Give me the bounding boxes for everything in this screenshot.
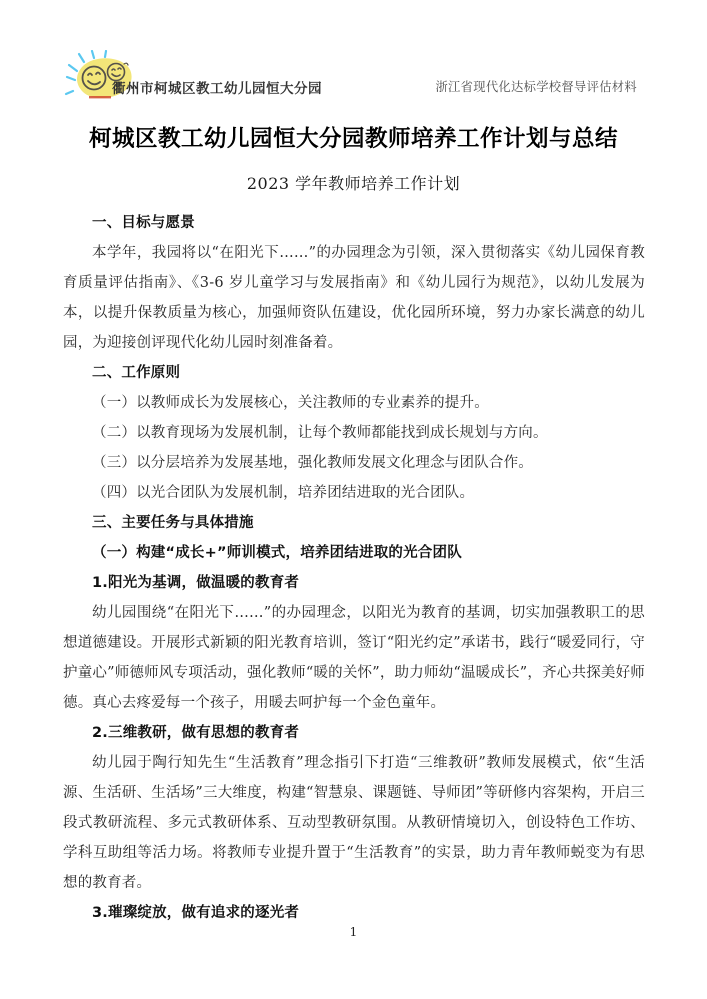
- document-subtitle: 2023 学年教师培养工作计划: [0, 171, 707, 194]
- list-item: （二）以教育现场为发展机制，让每个教师都能找到成长规划与方向。: [63, 418, 645, 448]
- section-heading: 三、主要任务与具体措施: [63, 508, 645, 538]
- document-page: 衢州市柯城区教工幼儿园恒大分园 浙江省现代化达标学校督导评估材料 柯城区教工幼儿…: [0, 0, 707, 999]
- paragraph: 幼儿园于陶行知先生“生活教育”理念指引下打造“三维教研”教师发展模式，依“生活源…: [63, 748, 645, 898]
- section-heading: 二、工作原则: [63, 358, 645, 388]
- sub-heading: （一）构建“成长+”师训模式，培养团结进取的光合团队: [63, 538, 645, 568]
- page-header: 衢州市柯城区教工幼儿园恒大分园 浙江省现代化达标学校督导评估材料: [63, 50, 647, 100]
- paragraph: 幼儿园围绕“在阳光下……”的办园理念，以阳光为教育的基调，切实加强教职工的思想道…: [63, 598, 645, 718]
- sub-heading: 2.三维教研，做有思想的教育者: [63, 718, 645, 748]
- paragraph: 本学年，我园将以“在阳光下……”的办园理念为引领，深入贯彻落实《幼儿园保育教育质…: [63, 238, 645, 358]
- sub-heading: 1.阳光为基调，做温暖的教育者: [63, 568, 645, 598]
- document-title: 柯城区教工幼儿园恒大分园教师培养工作计划与总结: [0, 121, 707, 153]
- document-body: 一、目标与愿景本学年，我园将以“在阳光下……”的办园理念为引领，深入贯彻落实《幼…: [63, 208, 645, 928]
- page-number: 1: [0, 925, 707, 939]
- section-heading: 一、目标与愿景: [63, 208, 645, 238]
- header-material-label: 浙江省现代化达标学校督导评估材料: [435, 77, 637, 95]
- header-school-name: 衢州市柯城区教工幼儿园恒大分园: [112, 77, 322, 97]
- sub-heading: 3.璀璨绽放，做有追求的逐光者: [63, 898, 645, 928]
- list-item: （三）以分层培养为发展基地，强化教师发展文化理念与团队合作。: [63, 448, 645, 478]
- list-item: （四）以光合团队为发展机制，培养团结进取的光合团队。: [63, 478, 645, 508]
- list-item: （一）以教师成长为发展核心，关注教师的专业素养的提升。: [63, 388, 645, 418]
